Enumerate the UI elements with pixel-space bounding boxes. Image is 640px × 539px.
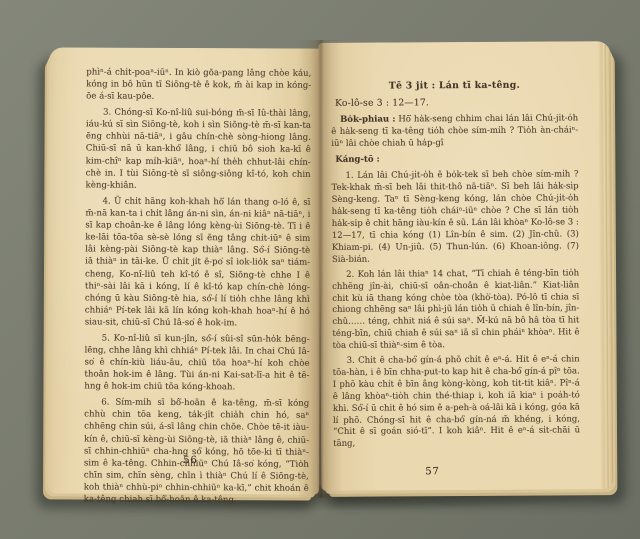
paragraph-1: 1. Lán lâi Chú-ji̍t-o̍h ê bo̍k-tek sī be…: [331, 170, 579, 267]
paragraph-continuation: phìⁿ-á chi̍t-poaⁿ-iūⁿ. In kiò gōa-pang l…: [86, 66, 311, 104]
paragraph-3: 3. Chi̍t ê cha-bó͘ gín-á phō chi̍t ê eⁿ-…: [333, 354, 581, 451]
lesson-title: Tē 3 ji̍t : Lán tī ka-têng.: [331, 79, 578, 92]
page-number-left: 56: [183, 455, 197, 466]
paragraph-2: 2. Koh lán lâi thiaⁿ 14 chat, “Tī chiah …: [332, 268, 580, 353]
paragraph-4: 4. Ū chi̍t hāng koh-khah hō͘ lán thang o…: [85, 195, 311, 330]
outline-heading: Káng-tō :: [331, 153, 578, 166]
page-number-right: 57: [425, 466, 439, 477]
outline-label: Káng-tō :: [335, 155, 379, 165]
left-page: phìⁿ-á chi̍t-poaⁿ-iūⁿ. In kiò gōa-pang l…: [47, 47, 321, 494]
paragraph-6: 6. Sím-mi̍h sī bô͘-hoān ê ka-têng, m̄-sī…: [84, 396, 310, 507]
paragraph-3: 3. Chóng-sī Ko-nî-liû sui-bóng m̄-sī Iû-…: [86, 106, 312, 192]
lesson-goal: Bo̍k-phiau : Hō͘ ha̍k-seng chhim chai lá…: [331, 113, 578, 150]
left-page-text: phìⁿ-á chi̍t-poaⁿ-iūⁿ. In kiò gōa-pang l…: [84, 66, 312, 510]
open-book: phìⁿ-á chi̍t-poaⁿ-iūⁿ. In kiò gōa-pang l…: [38, 40, 622, 500]
photo-scene: phìⁿ-á chi̍t-poaⁿ-iūⁿ. In kiò gōa-pang l…: [0, 0, 640, 539]
scripture-reference: Ko-lô-se 3 : 12—17.: [331, 96, 578, 109]
paragraph-5: 5. Ko-nî-liû sī kun-jîn, só͘-í sûi-sî sū…: [84, 332, 309, 394]
right-page: Tē 3 ji̍t : Lán tī ka-têng. Ko-lô-se 3 :…: [319, 41, 614, 491]
right-page-text: Tē 3 ji̍t : Lán tī ka-têng. Ko-lô-se 3 :…: [331, 79, 580, 454]
goal-label: Bo̍k-phiau :: [340, 114, 395, 124]
